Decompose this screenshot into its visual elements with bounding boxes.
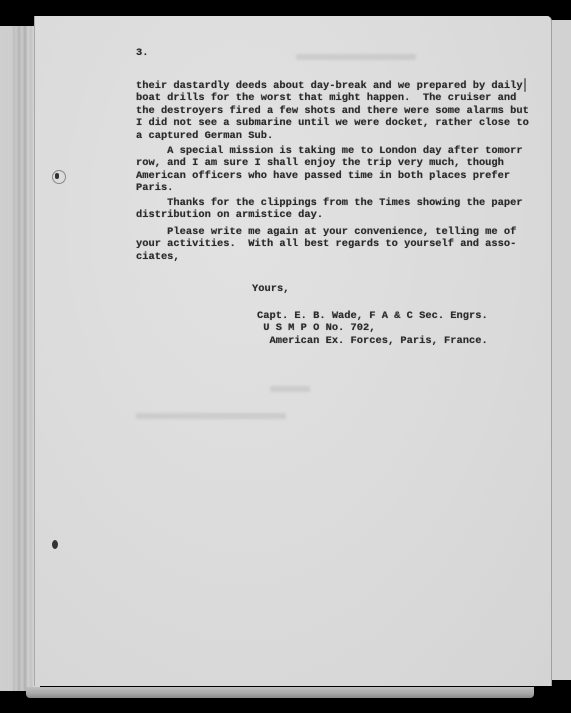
bleed-through-mark <box>296 54 416 60</box>
text-line: the destroyers fired a few shots and the… <box>136 105 529 117</box>
text-line: row, and I am sure I shall enjoy the tri… <box>136 157 523 169</box>
text-line: a captured German Sub. <box>136 130 529 142</box>
text-line: ciates, <box>136 251 516 263</box>
text-line: boat drills for the worst that might hap… <box>136 92 529 104</box>
text-line: American officers who have passed time i… <box>136 170 523 182</box>
bleed-through-mark <box>136 413 286 419</box>
text-line: A special mission is taking me to London… <box>136 145 523 157</box>
ink-spot <box>52 540 58 549</box>
text-line: Thanks for the clippings from the Times … <box>136 197 523 209</box>
text-line: their dastardly deeds about day-break an… <box>136 80 529 92</box>
bleed-through-mark <box>270 386 310 392</box>
paragraph-3: Thanks for the clippings from the Times … <box>136 197 523 222</box>
page-bottom-edge <box>26 687 534 698</box>
closing: Yours, <box>252 283 289 295</box>
text-line: Please write me again at your convenienc… <box>136 226 516 238</box>
text-line: your activities. With all best regards t… <box>136 238 516 250</box>
signature-block: Capt. E. B. Wade, F A & C Sec. Engrs. U … <box>257 310 488 347</box>
closing-text: Yours, <box>252 283 289 295</box>
signature-line: Capt. E. B. Wade, F A & C Sec. Engrs. <box>257 310 488 322</box>
margin-circle-mark-icon <box>52 170 66 184</box>
paragraph-1: their dastardly deeds about day-break an… <box>136 80 529 142</box>
signature-line: U S M P O No. 702, <box>257 322 488 334</box>
paragraph-4: Please write me again at your convenienc… <box>136 226 516 263</box>
paragraph-2: A special mission is taking me to London… <box>136 145 523 195</box>
page-number: 3. <box>136 47 148 59</box>
text-line: Paris. <box>136 182 523 194</box>
text-line: distribution on armistice day. <box>136 209 523 221</box>
text-line: I did not see a submarine until we were … <box>136 117 529 129</box>
signature-line: American Ex. Forces, Paris, France. <box>257 335 488 347</box>
